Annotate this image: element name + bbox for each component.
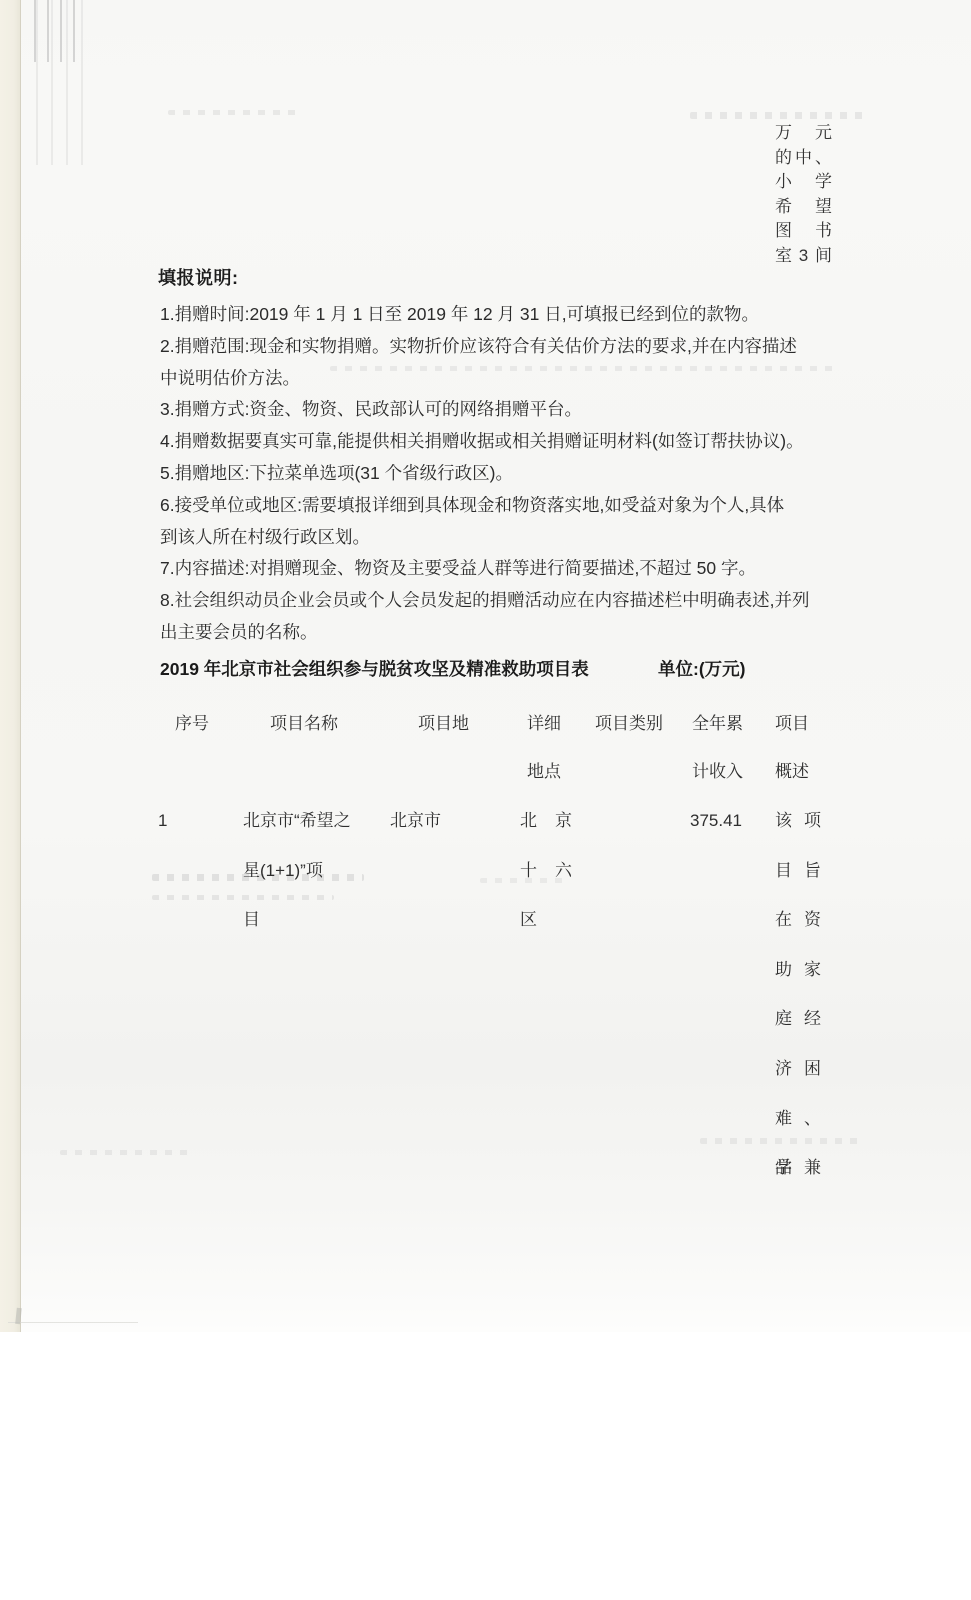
header-line: 项目 <box>775 700 809 748</box>
header-cell-index: 序号 <box>175 700 209 748</box>
cell-line: 北京市“希望之 <box>243 796 379 846</box>
cell-line: 学兼 <box>775 1143 821 1193</box>
paper-bottom-edge <box>8 1322 138 1323</box>
header-line: 概述 <box>775 748 809 796</box>
overflow-text-column: 万元的中、小学希望图书室3间 <box>775 121 832 269</box>
header-line: 全年累 <box>692 700 743 748</box>
note-line: 7.内容描述:对捐赠现金、物资及主要受益人群等进行简要描述,不超过 50 字。 <box>160 553 860 585</box>
cell-line <box>595 796 679 846</box>
header-line: 项目地 <box>418 700 469 748</box>
cell-index: 1 <box>158 796 182 846</box>
note-line: 到该人所在村级行政区划。 <box>160 522 860 554</box>
header-cell-name: 项目名称 <box>270 700 338 748</box>
header-line: 项目名称 <box>270 700 338 748</box>
header-cell-detail: 详细地点 <box>527 700 561 796</box>
header-line: 地点 <box>527 748 561 796</box>
cell-line: 北京市 <box>390 796 460 846</box>
cell-project-overview: 该项目旨在资助家庭经济困难、品学兼 <box>775 796 821 1193</box>
note-line: 3.捐赠方式:资金、物资、民政部认可的网络捐赠平台。 <box>160 394 860 426</box>
scan-smudge <box>168 110 300 115</box>
note-line: 出主要会员的名称。 <box>160 617 860 649</box>
note-line: 2.捐赠范围:现金和实物捐赠。实物折价应该符合有关估价方法的要求,并在内容描述 <box>160 331 860 363</box>
notes-list: 1.捐赠时间:2019 年 1 月 1 日至 2019 年 12 月 31 日,… <box>160 299 860 649</box>
cell-project-name: 北京市“希望之星(1+1)”项目 <box>243 796 379 945</box>
table-unit-label: 单位:(万元) <box>658 652 745 686</box>
scan-smudge <box>60 1150 192 1155</box>
cell-line: 星(1+1)”项 <box>243 846 379 896</box>
note-line: 1.捐赠时间:2019 年 1 月 1 日至 2019 年 12 月 31 日,… <box>160 299 860 331</box>
scan-smudge <box>690 112 868 119</box>
cell-line: 十六 <box>520 846 572 896</box>
cell-category <box>595 796 679 846</box>
cell-line: 难、品 <box>775 1094 821 1144</box>
header-cell-location: 项目地 <box>418 700 469 748</box>
overflow-line: 万元 <box>775 121 832 146</box>
header-line: 项目类别 <box>595 700 663 748</box>
scan-streaks <box>36 0 86 165</box>
table-title: 2019 年北京市社会组织参与脱贫攻坚及精准救助项目表 <box>160 652 589 686</box>
header-cell-category: 项目类别 <box>595 700 663 748</box>
header-line: 计收入 <box>692 748 743 796</box>
cell-line: 375.41 <box>690 796 750 846</box>
overflow-line: 的中、 <box>775 146 832 171</box>
cell-line: 济困 <box>775 1044 821 1094</box>
cell-line: 北京 <box>520 796 572 846</box>
overflow-line: 小学 <box>775 170 832 195</box>
cell-line: 在资 <box>775 895 821 945</box>
cell-line: 1 <box>158 796 182 846</box>
cell-line: 庭经 <box>775 994 821 1044</box>
overflow-line: 希望 <box>775 195 832 220</box>
cell-line: 目旨 <box>775 846 821 896</box>
note-line: 6.接受单位或地区:需要填报详细到具体现金和物资落实地,如受益对象为个人,具体 <box>160 490 860 522</box>
header-cell-income: 全年累计收入 <box>692 700 743 796</box>
note-line: 4.捐赠数据要真实可靠,能提供相关捐赠收据或相关捐赠证明材料(如签订帮扶协议)。 <box>160 426 860 458</box>
cell-line: 目 <box>243 895 379 945</box>
notes-heading: 填报说明: <box>158 262 239 294</box>
scanned-document-page: 万元的中、小学希望图书室3间 填报说明: 1.捐赠时间:2019 年 1 月 1… <box>0 0 971 1600</box>
header-line: 详细 <box>527 700 561 748</box>
header-line: 序号 <box>175 700 209 748</box>
cell-project-location: 北京市 <box>390 796 460 846</box>
note-line: 5.捐赠地区:下拉菜单选项(31 个省级行政区)。 <box>160 458 860 490</box>
cell-line: 区 <box>520 895 572 945</box>
overflow-line: 图书 <box>775 219 832 244</box>
cell-line: 该项 <box>775 796 821 846</box>
header-cell-overview: 项目概述 <box>775 700 809 796</box>
cell-line: 助家 <box>775 945 821 995</box>
scan-left-margin <box>0 0 21 1332</box>
cell-annual-income: 375.41 <box>690 796 750 846</box>
note-line: 8.社会组织动员企业会员或个人会员发起的捐赠活动应在内容描述栏中明确表述,并列 <box>160 585 860 617</box>
cell-detail-location: 北京十六区 <box>520 796 572 945</box>
note-line: 中说明估价方法。 <box>160 363 860 395</box>
overflow-line: 室3间 <box>775 244 832 269</box>
